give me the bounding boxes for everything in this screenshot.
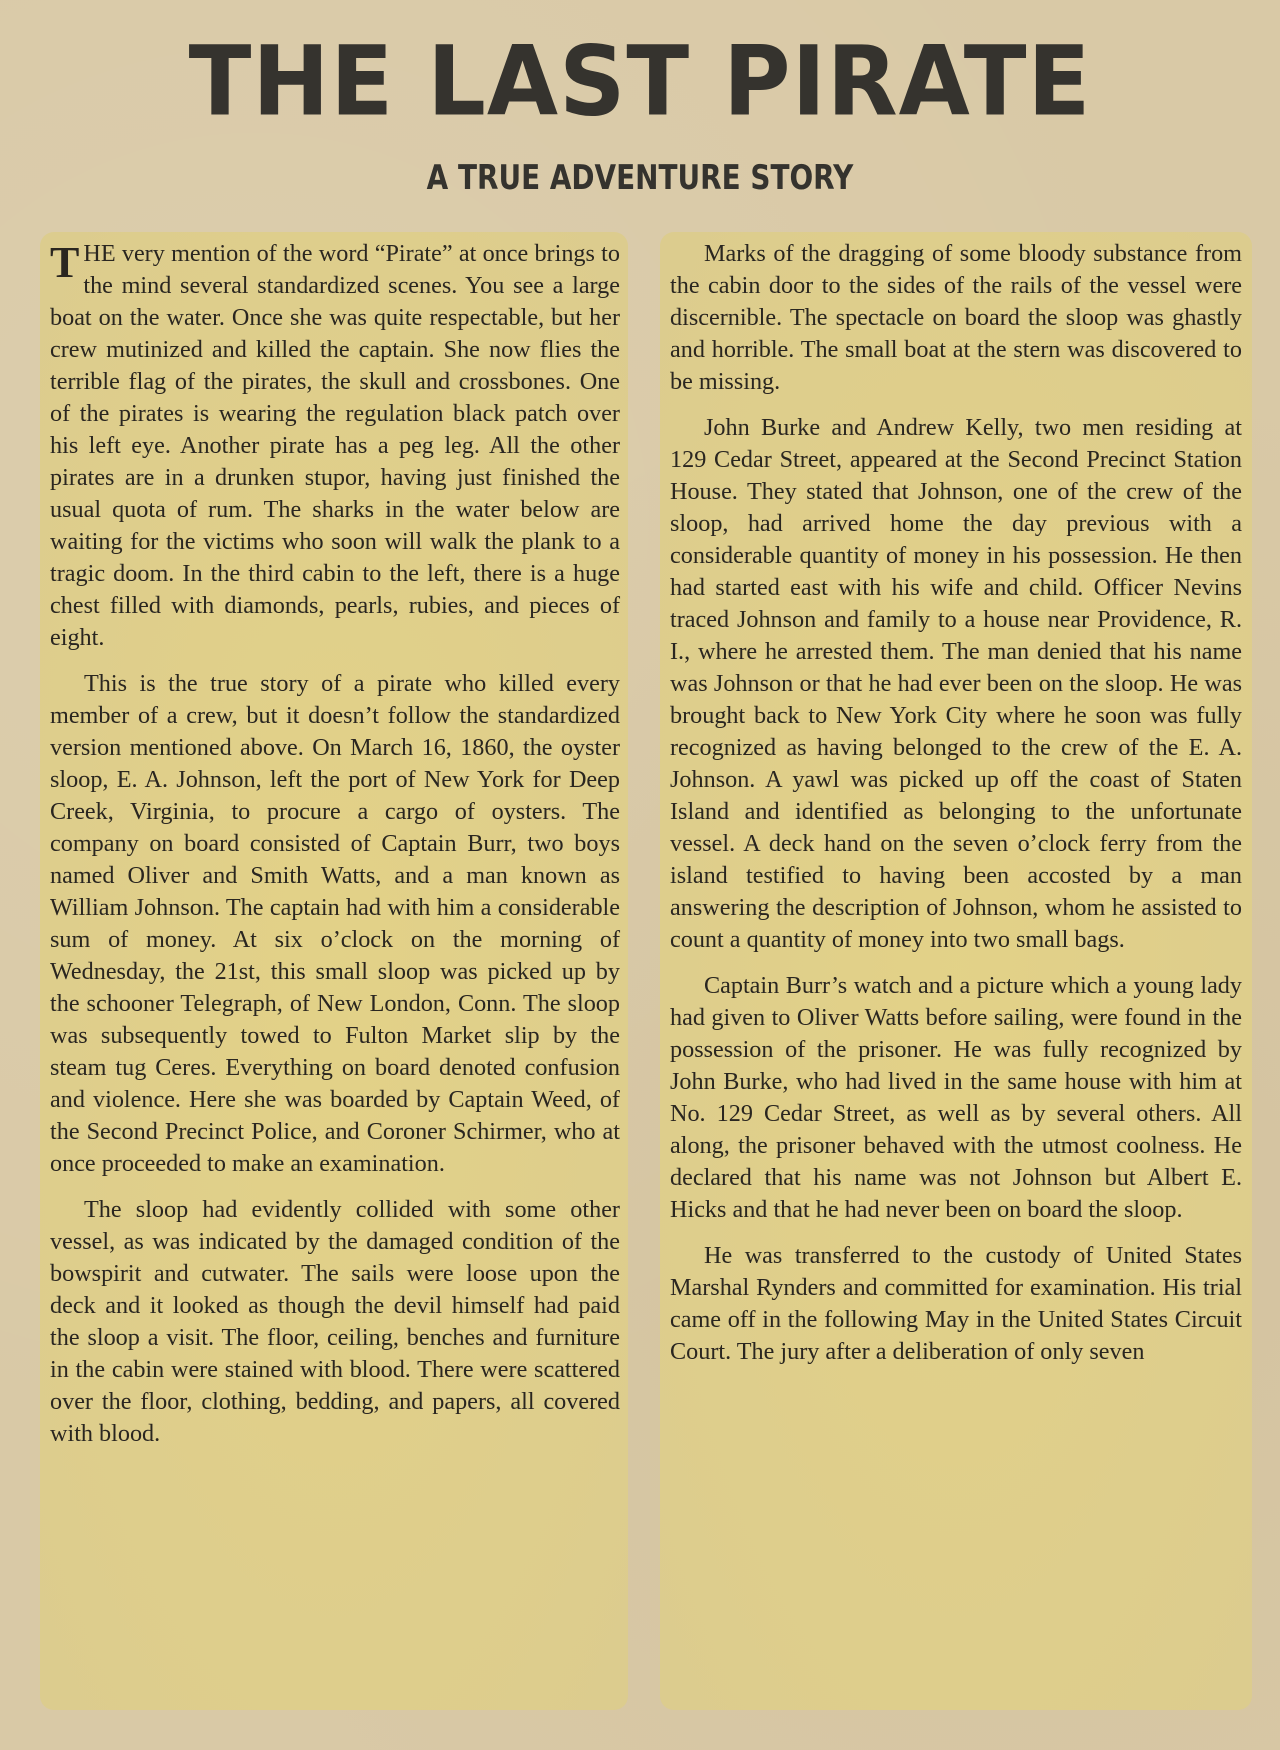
right-column: Marks of the dragging of some bloody sub… xyxy=(660,232,1252,1710)
left-column: T HE very mention of the word “Pirate” a… xyxy=(40,232,628,1710)
article-subtitle: A TRUE ADVENTURE STORY xyxy=(115,158,1165,198)
paragraph-1: T HE very mention of the word “Pirate” a… xyxy=(50,238,620,654)
paragraph-3: The sloop had evidently collided with so… xyxy=(50,1194,620,1450)
paragraph-5: John Burke and Andrew Kelly, two men res… xyxy=(670,412,1242,956)
paragraph-4: Marks of the dragging of some bloody sub… xyxy=(670,238,1242,398)
paragraph-7: He was transferred to the custody of Uni… xyxy=(670,1240,1242,1368)
article-title: THE LAST PIRATE xyxy=(0,25,1280,137)
paragraph-6: Captain Burr’s watch and a picture which… xyxy=(670,970,1242,1226)
paragraph-1-text: HE very mention of the word “Pirate” at … xyxy=(50,240,620,651)
drop-cap: T xyxy=(50,244,79,282)
paragraph-2: This is the true story of a pirate who k… xyxy=(50,668,620,1180)
